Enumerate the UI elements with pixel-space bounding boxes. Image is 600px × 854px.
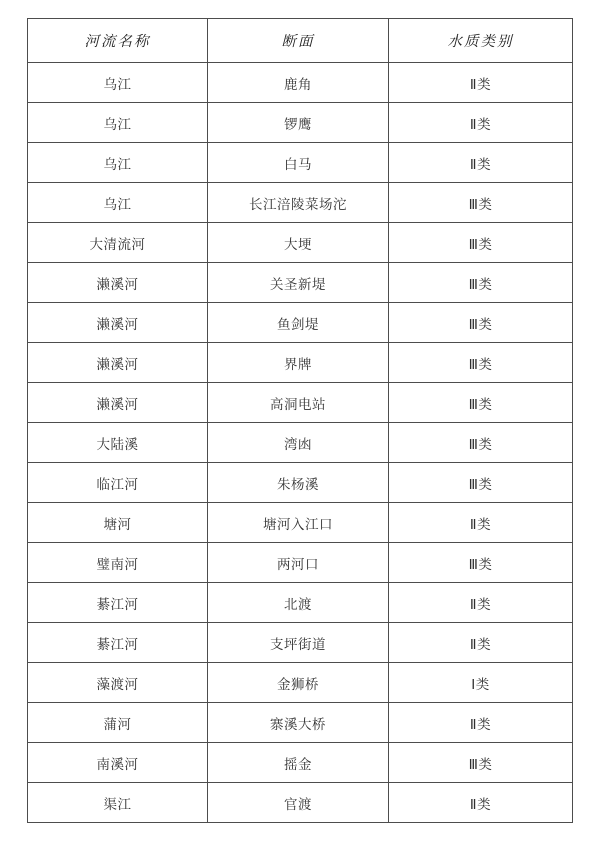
cell-water-quality-category: Ⅱ类 — [389, 143, 573, 183]
cell-water-quality-category: Ⅱ类 — [389, 103, 573, 143]
cell-water-quality-category: Ⅱ类 — [389, 63, 573, 103]
cell-river-name: 乌江 — [28, 183, 208, 223]
table-row: 璧南河两河口Ⅲ类 — [28, 543, 573, 583]
cell-section: 高洞电站 — [208, 383, 389, 423]
cell-section: 锣鹰 — [208, 103, 389, 143]
header-water-quality-category: 水质类别 — [389, 19, 573, 63]
cell-water-quality-category: Ⅱ类 — [389, 583, 573, 623]
cell-river-name: 大清流河 — [28, 223, 208, 263]
cell-water-quality-category: Ⅲ类 — [389, 303, 573, 343]
cell-river-name: 蒲河 — [28, 703, 208, 743]
table-row: 綦江河北渡Ⅱ类 — [28, 583, 573, 623]
cell-water-quality-category: Ⅱ类 — [389, 623, 573, 663]
cell-river-name: 濑溪河 — [28, 383, 208, 423]
cell-river-name: 乌江 — [28, 143, 208, 183]
cell-section: 界牌 — [208, 343, 389, 383]
table-row: 塘河塘河入江口Ⅱ类 — [28, 503, 573, 543]
table-row: 濑溪河关圣新堤Ⅲ类 — [28, 263, 573, 303]
cell-section: 官渡 — [208, 783, 389, 823]
document-page: 河流名称 断面 水质类别 乌江鹿角Ⅱ类乌江锣鹰Ⅱ类乌江白马Ⅱ类乌江长江涪陵菜场沱… — [0, 0, 600, 854]
table-row: 乌江鹿角Ⅱ类 — [28, 63, 573, 103]
cell-water-quality-category: Ⅱ类 — [389, 503, 573, 543]
cell-water-quality-category: Ⅲ类 — [389, 263, 573, 303]
cell-section: 两河口 — [208, 543, 389, 583]
cell-water-quality-category: Ⅲ类 — [389, 543, 573, 583]
table-row: 乌江长江涪陵菜场沱Ⅲ类 — [28, 183, 573, 223]
table-row: 乌江白马Ⅱ类 — [28, 143, 573, 183]
cell-river-name: 濑溪河 — [28, 263, 208, 303]
header-section: 断面 — [208, 19, 389, 63]
cell-section: 金狮桥 — [208, 663, 389, 703]
cell-water-quality-category: Ⅲ类 — [389, 183, 573, 223]
table-row: 大陆溪湾凼Ⅲ类 — [28, 423, 573, 463]
table-row: 大清流河大埂Ⅲ类 — [28, 223, 573, 263]
table-row: 濑溪河界牌Ⅲ类 — [28, 343, 573, 383]
cell-river-name: 藻渡河 — [28, 663, 208, 703]
table-body: 乌江鹿角Ⅱ类乌江锣鹰Ⅱ类乌江白马Ⅱ类乌江长江涪陵菜场沱Ⅲ类大清流河大埂Ⅲ类濑溪河… — [28, 63, 573, 823]
water-quality-table: 河流名称 断面 水质类别 乌江鹿角Ⅱ类乌江锣鹰Ⅱ类乌江白马Ⅱ类乌江长江涪陵菜场沱… — [27, 18, 573, 823]
table-row: 蒲河寨溪大桥Ⅱ类 — [28, 703, 573, 743]
header-row: 河流名称 断面 水质类别 — [28, 19, 573, 63]
cell-section: 北渡 — [208, 583, 389, 623]
cell-section: 鹿角 — [208, 63, 389, 103]
cell-river-name: 南溪河 — [28, 743, 208, 783]
cell-section: 白马 — [208, 143, 389, 183]
cell-river-name: 璧南河 — [28, 543, 208, 583]
cell-section: 大埂 — [208, 223, 389, 263]
cell-water-quality-category: Ⅱ类 — [389, 783, 573, 823]
table-row: 临江河朱杨溪Ⅲ类 — [28, 463, 573, 503]
table-row: 渠江官渡Ⅱ类 — [28, 783, 573, 823]
cell-river-name: 濑溪河 — [28, 303, 208, 343]
table-header: 河流名称 断面 水质类别 — [28, 19, 573, 63]
cell-water-quality-category: Ⅲ类 — [389, 223, 573, 263]
cell-river-name: 乌江 — [28, 63, 208, 103]
cell-section: 关圣新堤 — [208, 263, 389, 303]
cell-section: 长江涪陵菜场沱 — [208, 183, 389, 223]
cell-water-quality-category: Ⅲ类 — [389, 383, 573, 423]
cell-section: 支坪街道 — [208, 623, 389, 663]
cell-river-name: 綦江河 — [28, 623, 208, 663]
cell-water-quality-category: Ⅱ类 — [389, 703, 573, 743]
cell-section: 摇金 — [208, 743, 389, 783]
table-row: 綦江河支坪街道Ⅱ类 — [28, 623, 573, 663]
cell-river-name: 大陆溪 — [28, 423, 208, 463]
cell-section: 朱杨溪 — [208, 463, 389, 503]
cell-water-quality-category: Ⅰ类 — [389, 663, 573, 703]
cell-river-name: 綦江河 — [28, 583, 208, 623]
cell-water-quality-category: Ⅲ类 — [389, 343, 573, 383]
cell-river-name: 塘河 — [28, 503, 208, 543]
cell-river-name: 临江河 — [28, 463, 208, 503]
table-row: 濑溪河高洞电站Ⅲ类 — [28, 383, 573, 423]
cell-water-quality-category: Ⅲ类 — [389, 743, 573, 783]
table-row: 乌江锣鹰Ⅱ类 — [28, 103, 573, 143]
table-row: 藻渡河金狮桥Ⅰ类 — [28, 663, 573, 703]
cell-river-name: 乌江 — [28, 103, 208, 143]
table-row: 南溪河摇金Ⅲ类 — [28, 743, 573, 783]
cell-section: 寨溪大桥 — [208, 703, 389, 743]
cell-water-quality-category: Ⅲ类 — [389, 423, 573, 463]
cell-water-quality-category: Ⅲ类 — [389, 463, 573, 503]
cell-section: 鱼剑堤 — [208, 303, 389, 343]
cell-section: 塘河入江口 — [208, 503, 389, 543]
table-row: 濑溪河鱼剑堤Ⅲ类 — [28, 303, 573, 343]
cell-river-name: 渠江 — [28, 783, 208, 823]
cell-section: 湾凼 — [208, 423, 389, 463]
header-river-name: 河流名称 — [28, 19, 208, 63]
cell-river-name: 濑溪河 — [28, 343, 208, 383]
